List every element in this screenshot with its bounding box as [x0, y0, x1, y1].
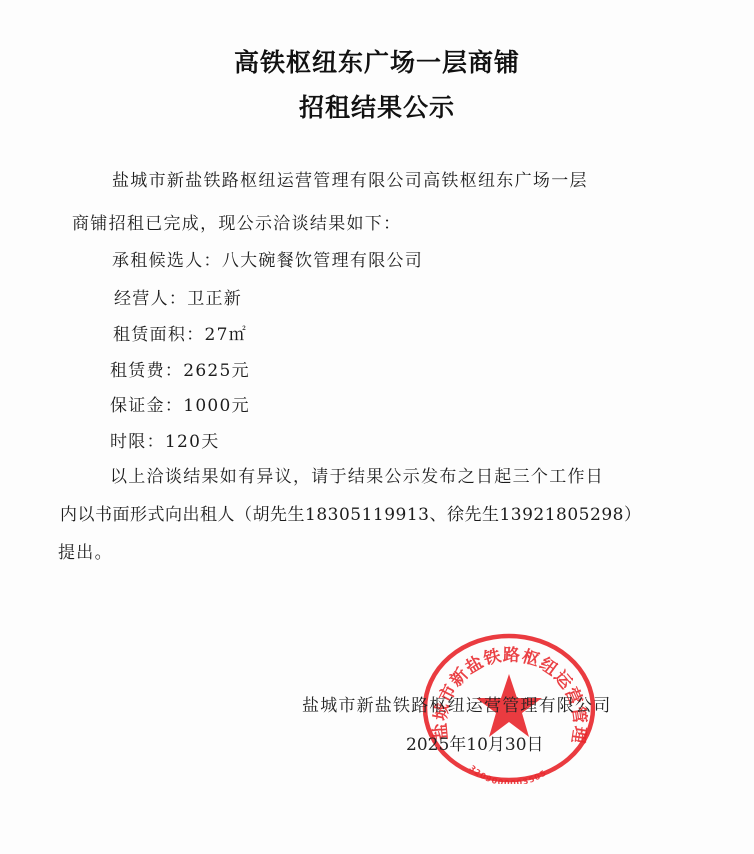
- field-value: 120天: [165, 432, 220, 452]
- field-label: 经营人：: [114, 289, 187, 309]
- document-page: 高铁枢纽东广场一层商铺 招租结果公示 盐城市新盐铁路枢纽运营管理有限公司高铁枢纽…: [0, 0, 754, 854]
- svg-text:3209000003505: 3209000003505: [467, 764, 548, 784]
- field-rent: 租赁费：2625元: [110, 356, 250, 381]
- field-operator: 经营人：卫正新: [114, 284, 242, 309]
- field-label: 租赁面积：: [113, 325, 205, 345]
- objection-line3: 提出。: [58, 538, 113, 563]
- field-area: 租赁面积：27㎡: [113, 320, 247, 345]
- field-value: 卫正新: [187, 289, 242, 309]
- field-duration: 时限：120天: [110, 427, 220, 452]
- field-value: 2625元: [183, 361, 250, 381]
- document-title-line2: 招租结果公示: [0, 88, 754, 124]
- field-value: 27㎡: [205, 325, 248, 345]
- field-candidate: 承租候选人：八大碗餐饮管理有限公司: [112, 246, 423, 271]
- field-label: 承租候选人：: [112, 251, 222, 271]
- intro-line2: 商铺招租已完成，现公示洽谈结果如下：: [72, 209, 401, 234]
- intro-line1: 盐城市新盐铁路枢纽运营管理有限公司高铁枢纽东广场一层: [112, 166, 588, 191]
- field-value: 1000元: [183, 396, 250, 416]
- objection-line1: 以上洽谈结果如有异议，请于结果公示发布之日起三个工作日: [110, 462, 604, 487]
- field-label: 租赁费：: [110, 361, 183, 381]
- document-title-line1: 高铁枢纽东广场一层商铺: [0, 43, 754, 79]
- signature-date: 2025年10月30日: [406, 730, 544, 755]
- field-label: 保证金：: [110, 396, 183, 416]
- field-deposit: 保证金：1000元: [110, 391, 250, 416]
- objection-line2: 内以书面形式向出租人（胡先生18305119913、徐先生13921805298…: [60, 500, 641, 525]
- field-label: 时限：: [110, 432, 165, 452]
- field-value: 八大碗餐饮管理有限公司: [222, 251, 423, 271]
- signature-company: 盐城市新盐铁路枢纽运营管理有限公司: [302, 691, 611, 716]
